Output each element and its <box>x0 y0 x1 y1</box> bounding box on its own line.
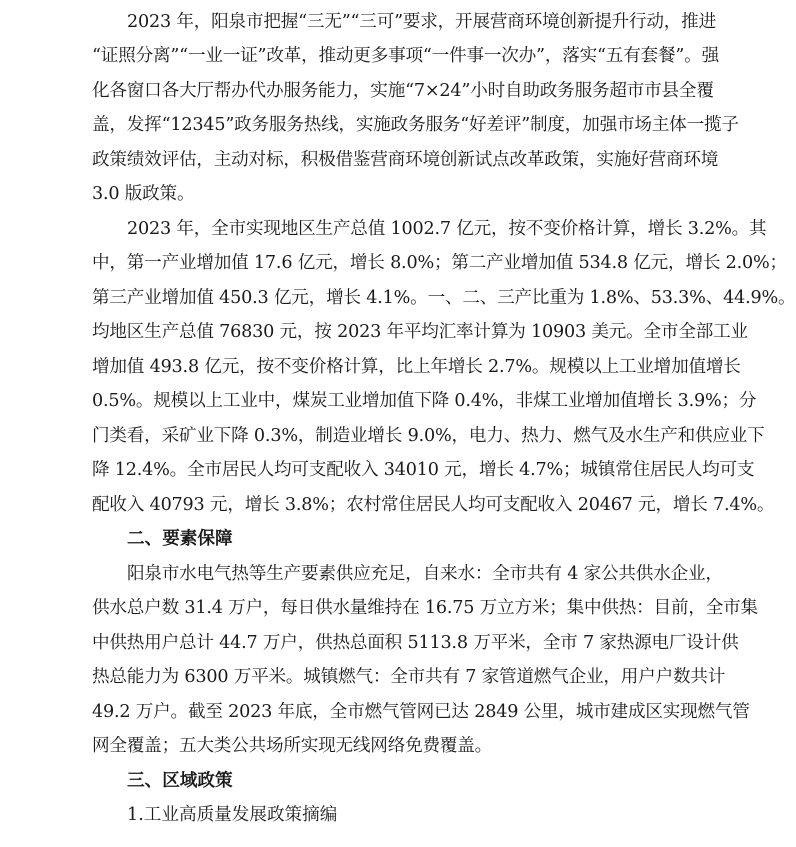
paragraph-3-line-6: 网全覆盖；五大类公共场所实现无线网络免费覆盖。 <box>92 729 705 763</box>
paragraph-2-line-1: 2023 年，全市实现地区生产总值 1002.7 亿元，按不变价格计算，增长 3… <box>127 212 705 246</box>
paragraph-1-line-3: 化各窗口各大厅帮办代办服务能力，实施“7×24”小时自助政务服务超市市县全覆 <box>92 74 705 108</box>
paragraph-3-line-4: 热总能力为 6300 万平米。城镇燃气：全市共有 7 家管道燃气企业，用户户数共… <box>92 660 705 694</box>
paragraph-2-line-9: 配收入 40793 元，增长 3.8%；农村常住居民人均可支配收入 20467 … <box>92 488 705 522</box>
paragraph-2-line-8: 降 12.4%。全市居民人均可支配收入 34010 元，增长 4.7%；城镇常住… <box>92 453 705 487</box>
paragraph-2-line-3: 第三产业增加值 450.3 亿元，增长 4.1%。一、二、三产比重为 1.8%、… <box>92 281 705 315</box>
paragraph-3-line-3: 中供热用户总计 44.7 万户，供热总面积 5113.8 万平米，全市 7 家热… <box>92 626 705 660</box>
paragraph-3-line-5: 49.2 万户。截至 2023 年底，全市燃气管网已达 2849 公里，城市建成… <box>92 695 705 729</box>
section-heading-factor-guarantee: 二、要素保障 <box>127 522 233 556</box>
paragraph-1-line-5: 政策绩效评估，主动对标，积极借鉴营商环境创新试点改革政策，实施好营商环境 <box>92 143 705 177</box>
paragraph-2-line-7: 门类看，采矿业下降 0.3%，制造业增长 9.0%，电力、热力、燃气及水生产和供… <box>92 419 705 453</box>
paragraph-1-line-4: 盖，发挥“12345”政务服务热线，实施政务服务“好差评”制度，加强市场主体一揽… <box>92 108 705 142</box>
paragraph-2-line-5: 增加值 493.8 亿元，按不变价格计算，比上年增长 2.7%。规模以上工业增加… <box>92 350 705 384</box>
paragraph-2-line-2: 中，第一产业增加值 17.6 亿元，增长 8.0%；第二产业增加值 534.8 … <box>92 246 705 280</box>
paragraph-2-line-4: 均地区生产总值 76830 元，按 2023 年平均汇率计算为 10903 美元… <box>92 315 705 349</box>
paragraph-3-line-2: 供水总户数 31.4 万户，每日供水量维持在 16.75 万立方米；集中供热：目… <box>92 591 705 625</box>
paragraph-3-line-1: 阳泉市水电气热等生产要素供应充足，自来水：全市共有 4 家公共供水企业， <box>127 557 705 591</box>
section-heading-regional-policy: 三、区域政策 <box>127 764 233 798</box>
subsection-heading-industrial-policy: 1.工业高质量发展政策摘编 <box>127 798 337 832</box>
paragraph-1-line-2: “证照分离”“一业一证”改革，推动更多事项“一件事一次办”，落实“五有套餐”。强 <box>92 39 705 73</box>
paragraph-2-line-6: 0.5%。规模以上工业中，煤炭工业增加值下降 0.4%，非煤工业增加值增长 3.… <box>92 384 705 418</box>
paragraph-1-line-6: 3.0 版政策。 <box>92 177 705 211</box>
paragraph-1-line-1: 2023 年，阳泉市把握“三无”“三可”要求，开展营商环境创新提升行动，推进 <box>127 5 705 39</box>
document-page: 2023 年，阳泉市把握“三无”“三可”要求，开展营商环境创新提升行动，推进 “… <box>0 0 796 847</box>
